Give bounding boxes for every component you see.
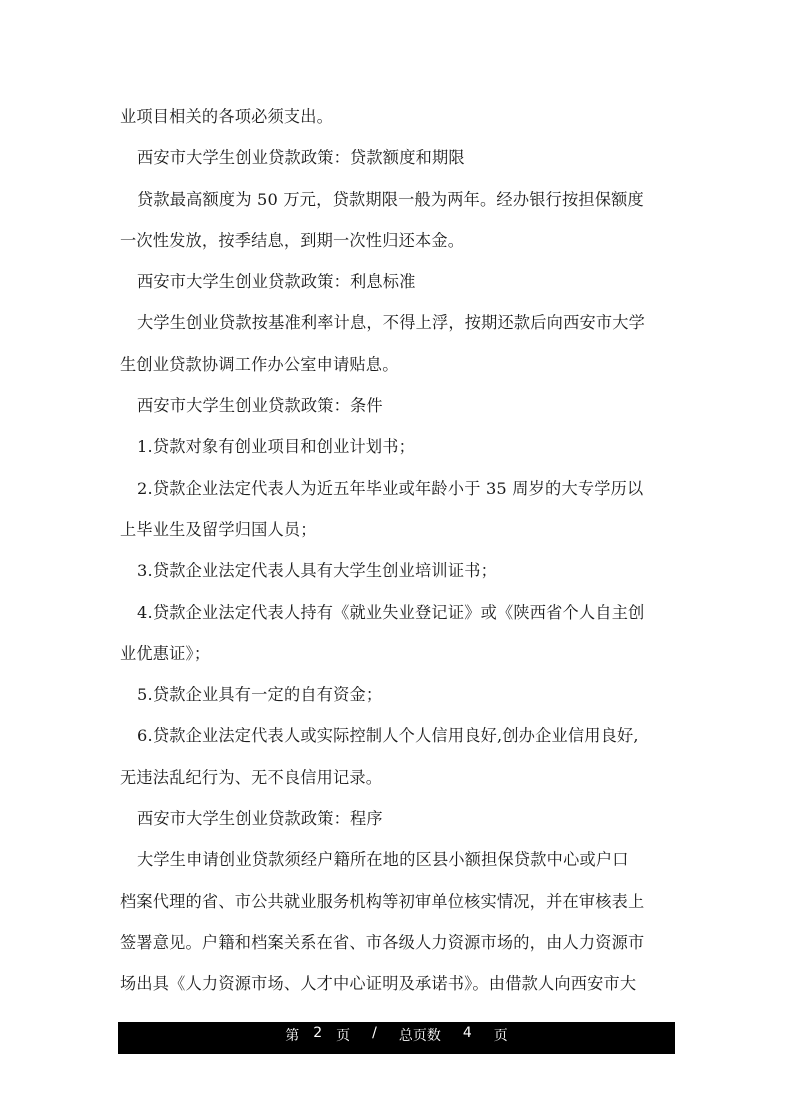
page-footer: 第 2 页 / 总页数 4 页 (118, 1022, 675, 1054)
section-heading-procedure: 西安市大学生创业贷款政策：程序 (120, 798, 676, 839)
section-heading-interest: 西安市大学生创业贷款政策：利息标准 (120, 261, 676, 302)
condition-item-4: 4.贷款企业法定代表人持有《就业失业登记证》或《陕西省个人自主创 (120, 592, 676, 633)
current-page-number: 2 (313, 1025, 322, 1041)
condition-item-4-cont: 业优惠证》； (120, 633, 676, 674)
text-line-3: 贷款最高额度为 50 万元，贷款期限一般为两年。经办银行按担保额度 (120, 179, 676, 220)
condition-item-3: 3.贷款企业法定代表人具有大学生创业培训证书； (120, 550, 676, 591)
page-prefix: 第 (285, 1025, 299, 1045)
text-line-4: 一次性发放，按季结息，到期一次性归还本金。 (120, 220, 676, 261)
total-suffix: 页 (494, 1025, 508, 1045)
condition-item-2-cont: 上毕业生及留学归国人员； (120, 509, 676, 550)
condition-item-5: 5.贷款企业具有一定的自有资金； (120, 674, 676, 715)
condition-item-6-cont: 无违法乱纪行为、无不良信用记录。 (120, 757, 676, 798)
text-line-6: 大学生创业贷款按基准利率计息，不得上浮，按期还款后向西安市大学 (120, 302, 676, 343)
text-line-1: 业项目相关的各项必须支出。 (120, 96, 676, 137)
procedure-line-1: 大学生申请创业贷款须经户籍所在地的区县小额担保贷款中心或户口 (120, 839, 676, 880)
procedure-line-3: 签署意见。户籍和档案关系在省、市各级人力资源市场的，由人力资源市 (120, 922, 676, 963)
page-separator: / (372, 1025, 377, 1041)
text-line-7: 生创业贷款协调工作办公室申请贴息。 (120, 344, 676, 385)
procedure-line-2: 档案代理的省、市公共就业服务机构等初审单位核实情况，并在审核表上 (120, 881, 676, 922)
condition-item-1: 1.贷款对象有创业项目和创业计划书； (120, 426, 676, 467)
document-body: 业项目相关的各项必须支出。 西安市大学生创业贷款政策：贷款额度和期限 贷款最高额… (120, 96, 676, 1005)
total-pages-number: 4 (463, 1025, 472, 1041)
condition-item-2: 2.贷款企业法定代表人为近五年毕业或年龄小于 35 周岁的大专学历以 (120, 468, 676, 509)
section-heading-conditions: 西安市大学生创业贷款政策：条件 (120, 385, 676, 426)
page-suffix: 页 (336, 1025, 350, 1045)
total-pages-label: 总页数 (399, 1025, 441, 1045)
condition-item-6: 6.贷款企业法定代表人或实际控制人个人信用良好,创办企业信用良好, (120, 715, 676, 756)
section-heading-amount-term: 西安市大学生创业贷款政策：贷款额度和期限 (120, 137, 676, 178)
procedure-line-4: 场出具《人力资源市场、人才中心证明及承诺书》。由借款人向西安市大 (120, 963, 676, 1004)
